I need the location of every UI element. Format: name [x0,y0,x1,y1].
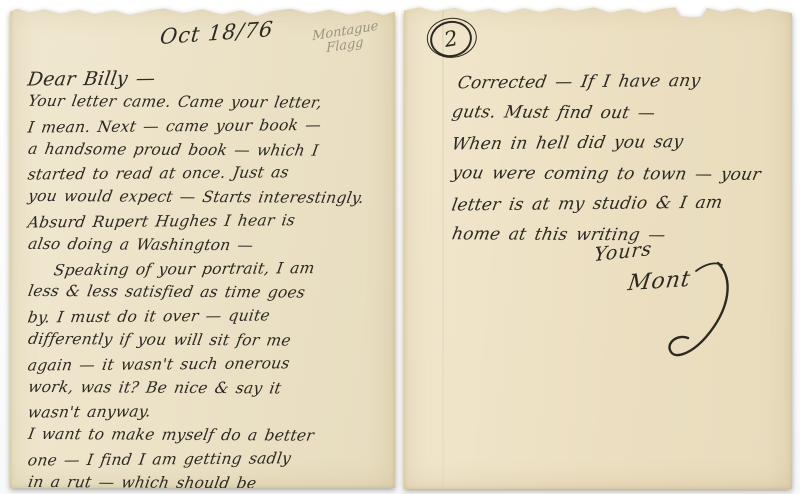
handwritten-line: I want to make myself do a better [26,423,387,449]
handwritten-line: When in hell did you say [401,126,787,160]
handwritten-line: started to read at once. Just as [26,161,387,188]
letter-page-1: Oct 18/76 Montague Flagg Dear Billy — Yo… [10,7,395,488]
handwritten-line: work, was it? Be nice & say it [26,375,387,401]
handwritten-line: less & less satisfied as time goes [26,280,387,306]
handwritten-line: in a rut — which should be [26,471,387,494]
page-number-circled: 2 [427,18,475,61]
handwritten-line: a handsome proud book — which I [26,138,387,164]
handwritten-line: differently if you will sit for me [26,328,387,354]
salutation-line: Dear Billy — [26,63,387,92]
handwritten-line: wasn't anyway. [26,399,387,426]
handwritten-line: you would expect — Starts interestingly. [26,185,387,211]
handwritten-line: Your letter came. Came your letter, [26,90,387,116]
handwritten-line: Absurd Rupert Hughes I hear is [26,208,387,235]
handwritten-line: I mean. Next — came your book — [26,113,387,140]
handwritten-line: letter is at my studio & I am [401,187,787,221]
handwritten-line: Speaking of your portrait, I am [26,256,387,283]
handwritten-line: also doing a Washington — [26,233,387,259]
handwritten-line: you were coming to town — your [401,158,786,190]
handwritten-line: one — I find I am getting sadly [26,446,387,473]
letter-date: Oct 18/76 [159,17,275,49]
page1-handwriting-block: Dear Billy — Your letter came. Came your… [28,65,385,494]
page2-handwriting-block: Corrected — If I have any guts. Must fin… [404,67,784,250]
letter-page-2-paper: 2 Corrected — If I have any guts. Must f… [404,5,792,489]
letter-page-2: 2 Corrected — If I have any guts. Must f… [404,5,792,489]
handwritten-line: guts. Must find out — [401,97,786,129]
pencil-annotation: Montague Flagg [312,20,379,59]
signature: Mont [626,267,692,297]
letter-page-1-paper: Oct 18/76 Montague Flagg Dear Billy — Yo… [10,7,395,488]
handwritten-line: Corrected — If I have any [401,65,787,99]
letter-scan-background: Oct 18/76 Montague Flagg Dear Billy — Yo… [0,0,800,494]
handwritten-line: again — it wasn't such onerous [26,351,387,378]
handwritten-line: by. I must do it over — quite [26,304,387,331]
